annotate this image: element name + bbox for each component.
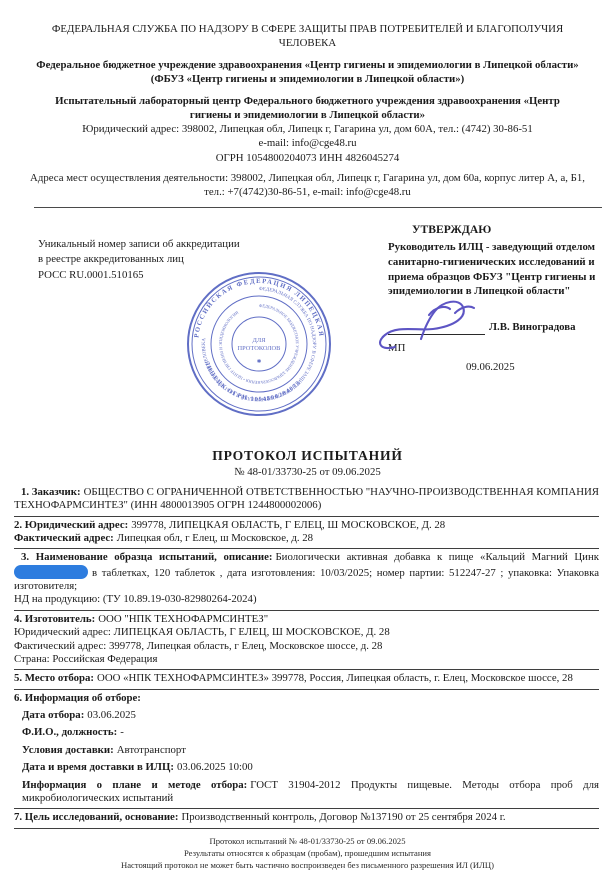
round-stamp: РОССИЙСКАЯ ФЕДЕРАЦИЯ ЛИПЕЦКАЯ ОБЛАСТЬ ЛИ… xyxy=(184,269,334,419)
section-sample-description: 3. Наименование образца испытаний, описа… xyxy=(14,549,599,611)
section-sampling-place: 5. Место отбора:ООО «НПК ТЕХНОФАРМСИНТЕЗ… xyxy=(14,670,599,689)
section-manufacturer: 4. Изготовитель:ООО "НПК ТЕХНОФАРМСИНТЕЗ… xyxy=(14,611,599,671)
delivery-datetime-label: Дата и время доставки в ИЛЦ: xyxy=(22,761,174,773)
approval-date: 09.06.2025 xyxy=(388,361,606,373)
section2-label: 2. Юридический адрес: xyxy=(14,519,128,531)
section7-text: Производственный контроль, Договор №1371… xyxy=(181,811,505,823)
delivery-datetime-value: 03.06.2025 10:00 xyxy=(177,761,253,773)
letterhead: ФЕДЕРАЛЬНАЯ СЛУЖБА ПО НАДЗОРУ В СФЕРЕ ЗА… xyxy=(0,0,615,199)
delivery-conditions-value: Автотранспорт xyxy=(117,744,186,756)
section-research-purpose: 7. Цель исследований, основание:Производ… xyxy=(14,809,599,828)
section4-label: 4. Изготовитель: xyxy=(14,613,95,625)
redaction-blob xyxy=(14,565,88,579)
section-sampling-info: 6. Информация об отборе: Дата отбора:03.… xyxy=(14,690,599,810)
svg-text:РОССИЙСКАЯ ФЕДЕРАЦИЯ ЛИПЕЦКАЯ: РОССИЙСКАЯ ФЕДЕРАЦИЯ ЛИПЕЦКАЯ ОБЛАСТЬ xyxy=(184,269,325,341)
legal-address: Юридический адрес: 398002, Липецкая обл,… xyxy=(0,123,615,136)
section4-actual-address: Фактический адрес: 399778, Липецкая обла… xyxy=(14,640,599,653)
approval-block: УТВЕРЖДАЮ Руководитель ИЛЦ - заведующий … xyxy=(388,223,606,374)
section4-legal-address: Юридический адрес: ЛИПЕЦКАЯ ОБЛАСТЬ, Г Е… xyxy=(14,626,599,639)
approver-role: Руководитель ИЛЦ - заведующий отделом са… xyxy=(388,240,606,300)
footer-reproduction-note: Настоящий протокол не может быть частичн… xyxy=(0,859,615,871)
stamp-center-line1: ДЛЯ xyxy=(253,337,267,344)
delivery-conditions-label: Условия доставки: xyxy=(22,744,114,756)
section2-text: 399778, ЛИПЕЦКАЯ ОБЛАСТЬ, Г ЕЛЕЦ, Ш МОСК… xyxy=(131,519,445,531)
email: e-mail: info@cge48.ru xyxy=(0,137,615,150)
section-customer: 1. Заказчик:ОБЩЕСТВО С ОГРАНИЧЕННОЙ ОТВЕ… xyxy=(14,484,599,517)
ogrn-inn: ОГРН 1054800204073 ИНН 4826045274 xyxy=(0,152,615,165)
signature-row: Л.В. Виноградова xyxy=(388,321,606,339)
approver-name: Л.В. Виноградова xyxy=(489,321,576,333)
protocol-title-block: ПРОТОКОЛ ИСПЫТАНИЙ № 48-01/33730-25 от 0… xyxy=(0,448,615,478)
section3-text-before: Биологически активная добавка к пище «Ка… xyxy=(275,551,599,563)
footer-results-note: Результаты относятся к образцам (пробам)… xyxy=(0,847,615,859)
sampling-method-label: Информация о плане и методе отбора: xyxy=(22,779,247,791)
sampler-name-label: Ф.И.О., должность: xyxy=(22,726,117,738)
approval-title: УТВЕРЖДАЮ xyxy=(388,223,606,236)
activity-addresses: Адреса мест осуществления деятельности: … xyxy=(30,171,585,199)
section4-country: Страна: Российская Федерация xyxy=(14,653,599,666)
section5-text: ООО «НПК ТЕХНОФАРМСИНТЕЗ» 399778, Россия… xyxy=(97,672,573,684)
protocol-sections: 1. Заказчик:ОБЩЕСТВО С ОГРАНИЧЕННОЙ ОТВЕ… xyxy=(14,484,599,829)
approval-zone: Уникальный номер записи об аккредитации … xyxy=(0,208,615,446)
section3-label: 3. Наименование образца испытаний, описа… xyxy=(21,551,272,563)
footer-protocol-ref: Протокол испытаний № 48-01/33730-25 от 0… xyxy=(0,835,615,847)
accreditation-line1: Уникальный номер записи об аккредитации xyxy=(38,237,240,253)
sampler-name-value: - xyxy=(120,726,124,738)
section3-text-after: в таблетках, 120 таблеток , дата изготов… xyxy=(14,567,599,592)
stamp-middle-circle xyxy=(211,296,307,392)
protocol-number: № 48-01/33730-25 от 09.06.2025 xyxy=(0,466,615,478)
page-footer: Протокол испытаний № 48-01/33730-25 от 0… xyxy=(0,835,615,872)
protocol-title: ПРОТОКОЛ ИСПЫТАНИЙ xyxy=(0,448,615,464)
sampling-date-value: 03.06.2025 xyxy=(87,709,136,721)
section2-actual-label: Фактический адрес: xyxy=(14,532,114,544)
scanned-test-protocol-document: { "doc": { "header": { "agency": "ФЕДЕРА… xyxy=(0,0,615,878)
stamp-ring-outer-top-text: РОССИЙСКАЯ ФЕДЕРАЦИЯ ЛИПЕЦКАЯ ОБЛАСТЬ xyxy=(184,269,325,341)
section1-label: 1. Заказчик: xyxy=(21,486,81,498)
section3-nd-line: НД на продукцию: (ТУ 10.89.19-030-829802… xyxy=(14,593,599,606)
section2-actual-text: Липецкая обл, г Елец, ш Московское, д. 2… xyxy=(117,532,313,544)
stamp-outer-circle xyxy=(188,273,330,415)
section7-label: 7. Цель исследований, основание: xyxy=(14,811,178,823)
mp-seal-label: МП xyxy=(388,342,606,354)
section6-label: 6. Информация об отборе: xyxy=(14,692,141,704)
institution-name: Федеральное бюджетное учреждение здравоо… xyxy=(20,58,595,86)
section1-text: ОБЩЕСТВО С ОГРАНИЧЕННОЙ ОТВЕТСТВЕННОСТЬЮ… xyxy=(14,486,599,511)
section5-label: 5. Место отбора: xyxy=(14,672,94,684)
signature-line xyxy=(388,334,485,335)
federal-service-name: ФЕДЕРАЛЬНАЯ СЛУЖБА ПО НАДЗОРУ В СФЕРЕ ЗА… xyxy=(35,22,580,50)
stamp-star-icon: ✱ xyxy=(257,358,262,365)
stamp-center-line2: ПРОТОКОЛОВ xyxy=(238,345,281,352)
accreditation-line2: в реестре аккредитованных лиц xyxy=(38,252,240,268)
sampling-date-label: Дата отбора: xyxy=(22,709,84,721)
testing-lab-center-name: Испытательный лабораторный центр Федерал… xyxy=(35,94,580,122)
section-legal-address: 2. Юридический адрес:399778, ЛИПЕЦКАЯ ОБ… xyxy=(14,517,599,550)
section4-text: ООО "НПК ТЕХНОФАРМСИНТЕЗ" xyxy=(98,613,268,625)
stamp-outer-circle-2 xyxy=(192,277,326,411)
